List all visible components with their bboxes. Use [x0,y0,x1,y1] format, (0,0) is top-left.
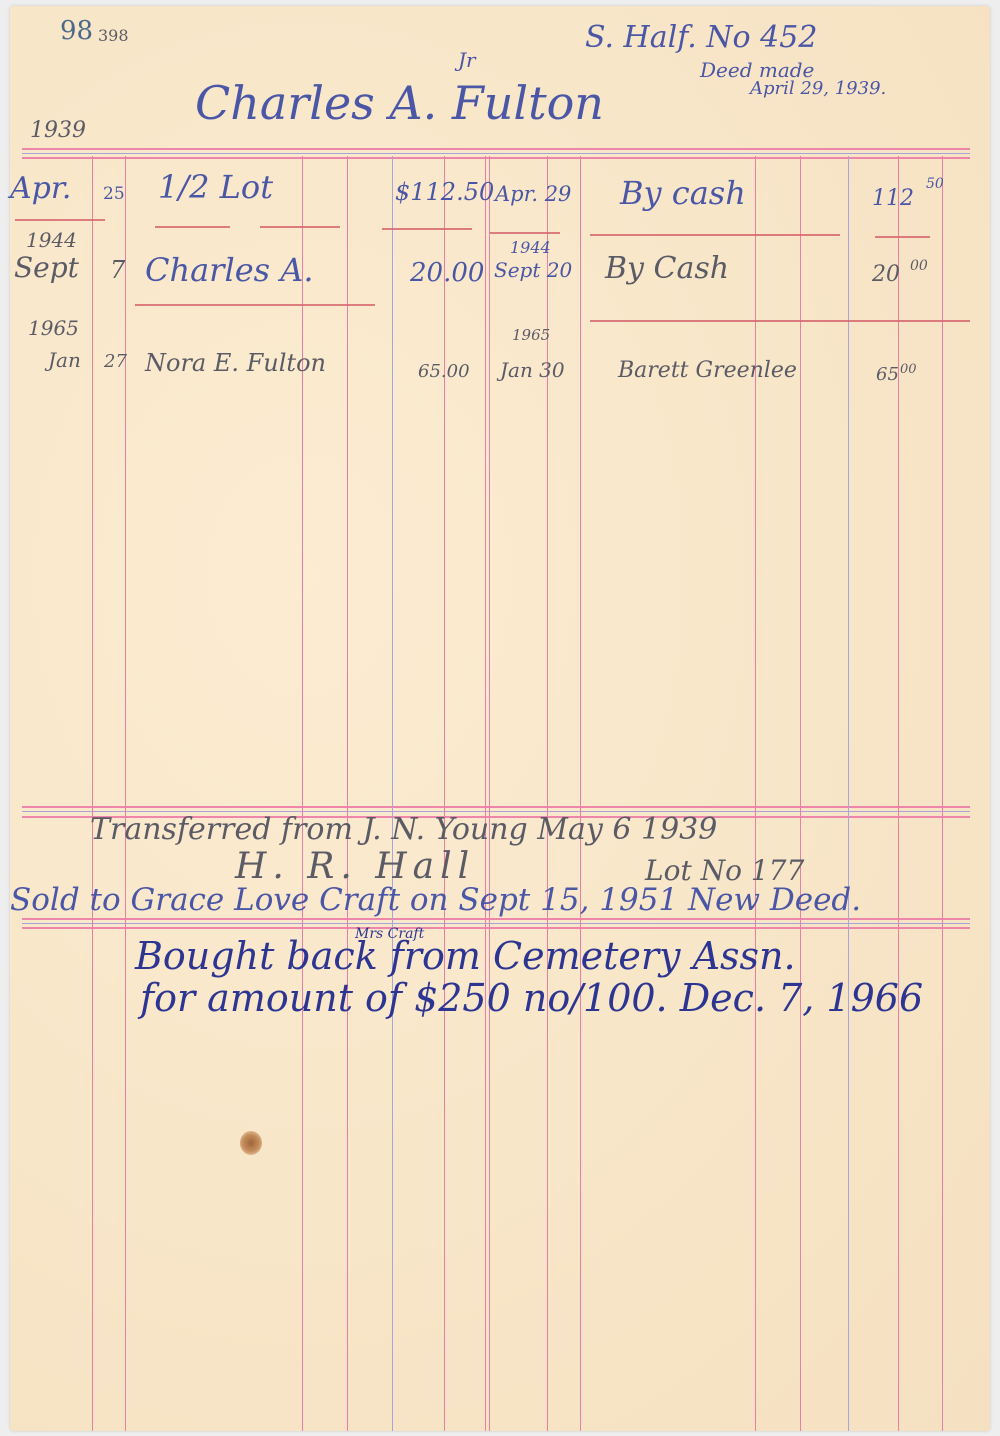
column-rule [125,156,126,1431]
column-rule [800,156,801,1431]
entry-2-credit-year: 1944 [510,238,551,257]
entry-1-month: Apr. [10,171,71,206]
column-rule [942,156,943,1431]
underline [590,320,970,322]
underline [382,228,472,230]
entry-3-day: 27 [104,351,127,372]
entry-1-credit-description: By cash [620,174,746,212]
entry-2-description: Charles A. [145,251,314,289]
entry-1-credit-dollars: 112 [872,186,914,211]
entry-3-credit-dollars: 65 [876,364,899,385]
underline [590,234,840,236]
amount-note: for amount of $250 no/100. Dec. 7, 1966 [140,976,923,1020]
underline [155,226,230,228]
entry-1-day: 25 [103,184,125,204]
bought-back-note: Bought back from Cemetery Assn. [135,934,796,978]
entry-1-credit-date: Apr. 29 [495,182,571,206]
column-rule [755,156,756,1431]
entry-2-credit-description: By Cash [605,251,729,286]
entry-3-credit-date: Jan 30 [500,358,565,382]
column-rule [485,156,486,1431]
entry-3-description: Nora E. Fulton [145,349,326,377]
header-year: 1939 [30,118,86,143]
underline [490,232,560,234]
entry-1-debit-amount: $112.50 [395,178,494,206]
entry-3-credit-cents: 00 [900,362,917,377]
deed-date: April 29, 1939. [750,78,886,99]
column-rule [580,156,581,1431]
entry-2-debit-amount: 20.00 [410,258,484,288]
column-rule [392,156,393,1431]
underline [260,226,340,228]
entry-3-credit-description: Barett Greenlee [618,358,797,383]
entry-3-debit-amount: 65.00 [418,361,470,382]
account-name: Charles A. Fulton [195,76,604,130]
paper-stain [240,1131,262,1155]
header-rule-top [22,148,970,150]
column-rule [302,156,303,1431]
header-rule-blue [22,153,970,154]
entry-1-description: 1/2 Lot [158,168,273,206]
page-number-handwritten: 398 [98,26,129,45]
column-rule [444,156,445,1431]
column-rule [347,156,348,1431]
column-rule [92,156,93,1431]
column-rule [898,156,899,1431]
column-rule [547,156,548,1431]
column-rule [848,156,849,1431]
notes-rule-bottom [22,927,970,929]
entry-2-day: 7 [110,256,125,284]
entry-2-credit-dollars: 20 [872,262,900,287]
sold-note: Sold to Grace Love Craft on Sept 15, 195… [10,882,861,918]
entry-3-month: Jan [48,348,81,372]
underline [15,219,105,221]
underline [875,236,930,238]
entry-2-credit-cents: 00 [910,258,928,274]
header-rule-bottom [22,157,970,159]
column-rule [489,156,490,1431]
entry-3-year: 1965 [28,316,79,340]
lot-reference: S. Half. No 452 [585,20,817,55]
footer-rule-top [22,806,970,808]
underline [135,304,375,306]
name-suffix: Jr [458,48,476,72]
entry-2-month: Sept [14,251,79,284]
entry-2-year: 1944 [26,228,77,252]
entry-2-credit-date: Sept 20 [494,258,572,282]
page-number-stamp: 98 [60,16,93,46]
entry-1-credit-cents: 50 [926,176,944,192]
entry-3-credit-year: 1965 [512,326,550,344]
notes-rule-blue [22,923,970,924]
ledger-page: 98 398 1939 Charles A. Fulton Jr S. Half… [10,6,990,1431]
notes-rule-top [22,918,970,920]
transfer-note: Transferred from J. N. Young May 6 1939 [90,812,717,847]
transfer-name: H. R. Hall [235,846,475,887]
